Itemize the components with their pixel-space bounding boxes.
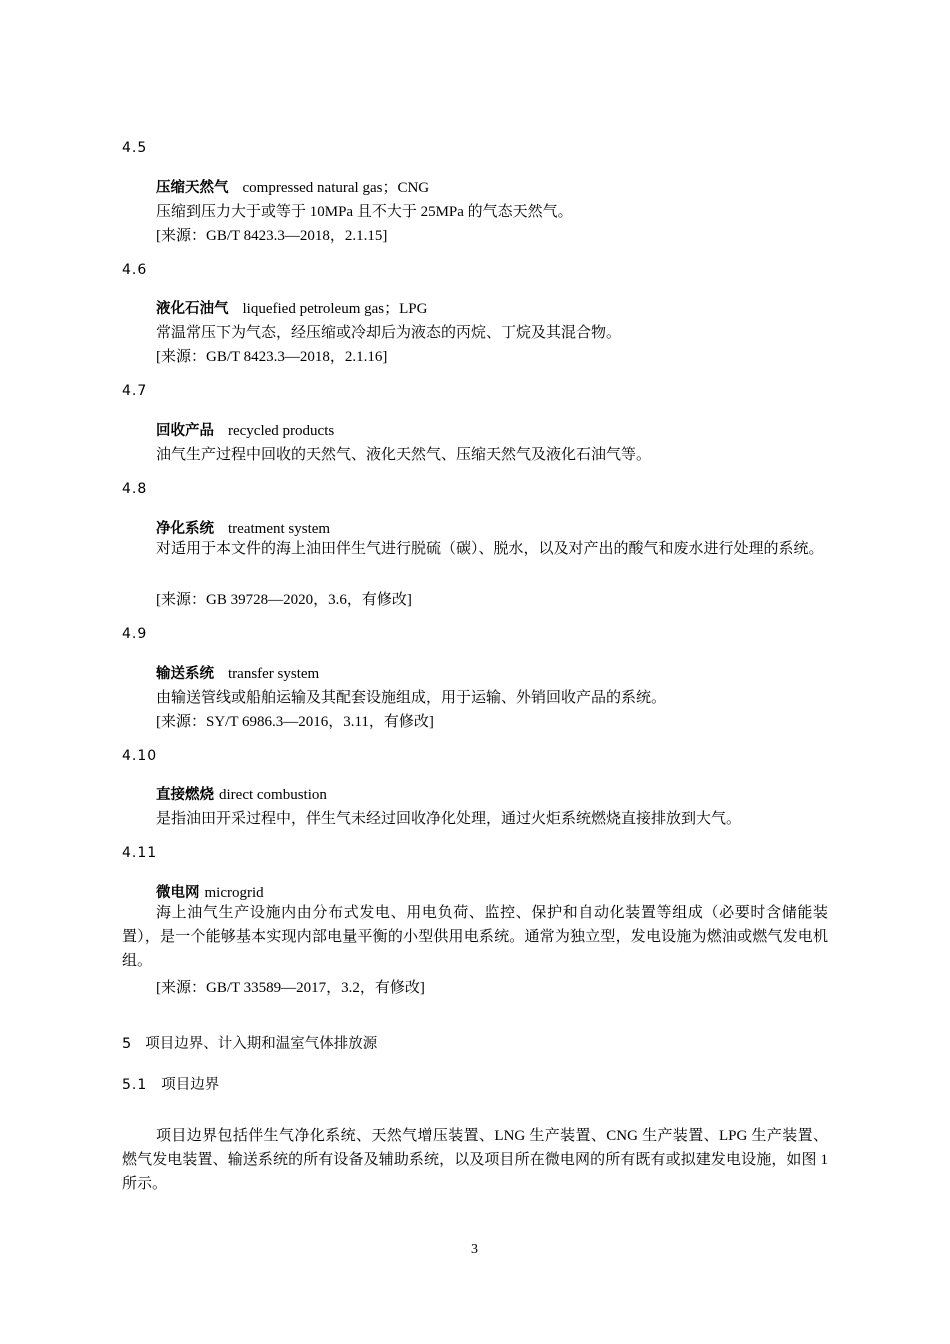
page-number: 3 [471,1242,478,1258]
term-en: liquefied petroleum gas；LPG [243,301,428,317]
term-zh: 净化系统 [156,521,214,537]
clause-number-4-9: 4.9 [122,626,147,642]
term-en: microgrid [205,885,264,901]
term-en: direct combustion [219,787,327,803]
term-en: treatment system [228,521,330,537]
definition-4-8: 对适用于本文件的海上油田伴生气进行脱硫（碳）、脱水，以及对产出的酸气和废水进行处… [122,537,828,561]
term-4-5: 压缩天然气compressed natural gas；CNG [156,176,429,197]
section-number: 5.1 [122,1077,147,1093]
term-4-11: 微电网microgrid [156,881,264,902]
definition-4-6: 常温常压下为气态，经压缩或冷却后为液态的丙烷、丁烷及其混合物。 [156,321,621,342]
term-4-9: 输送系统transfer system [156,662,319,683]
clause-number-4-10: 4.10 [122,748,157,764]
term-zh: 微电网 [156,885,200,901]
definition-4-5: 压缩到压力大于或等于 10MPa 且不大于 25MPa 的气态天然气。 [156,200,573,221]
term-en: transfer system [228,666,319,682]
term-4-10: 直接燃烧direct combustion [156,783,327,804]
section-5-1-paragraph: 项目边界包括伴生气净化系统、天然气增压装置、LNG 生产装置、CNG 生产装置、… [122,1124,828,1196]
clause-number-4-5: 4.5 [122,140,147,156]
term-zh: 直接燃烧 [156,787,214,803]
definition-4-10: 是指油田开采过程中，伴生气未经过回收净化处理，通过火炬系统燃烧直接排放到大气。 [156,807,741,828]
term-4-7: 回收产品recycled products [156,419,334,440]
term-zh: 液化石油气 [156,301,229,317]
term-zh: 回收产品 [156,423,214,439]
term-4-6: 液化石油气liquefied petroleum gas；LPG [156,297,427,318]
clause-number-4-7: 4.7 [122,383,147,399]
section-5-heading: 5项目边界、计入期和温室气体排放源 [122,1032,377,1053]
definition-4-9: 由输送管线或船舶运输及其配套设施组成，用于运输、外销回收产品的系统。 [156,686,666,707]
term-zh: 输送系统 [156,666,214,682]
clause-number-4-8: 4.8 [122,481,147,497]
source-4-8: [来源：GB 39728—2020，3.6，有修改] [156,588,412,609]
section-5-1-heading: 5.1项目边界 [122,1073,219,1094]
term-zh: 压缩天然气 [156,180,229,196]
term-en: recycled products [228,423,334,439]
term-en: compressed natural gas；CNG [243,180,430,196]
source-4-5: [来源：GB/T 8423.3—2018，2.1.15] [156,224,387,245]
definition-4-11: 海上油气生产设施内由分布式发电、用电负荷、监控、保护和自动化装置等组成（必要时含… [122,901,828,973]
definition-4-7: 油气生产过程中回收的天然气、液化天然气、压缩天然气及液化石油气等。 [156,443,651,464]
term-4-8: 净化系统treatment system [156,517,330,538]
source-4-9: [来源：SY/T 6986.3—2016，3.11，有修改] [156,710,434,731]
clause-number-4-6: 4.6 [122,262,147,278]
clause-number-4-11: 4.11 [122,845,157,861]
source-4-6: [来源：GB/T 8423.3—2018，2.1.16] [156,345,387,366]
source-4-11: [来源：GB/T 33589—2017，3.2，有修改] [156,976,425,997]
section-number: 5 [122,1036,131,1052]
section-title: 项目边界 [161,1077,219,1093]
section-title: 项目边界、计入期和温室气体排放源 [145,1036,377,1052]
